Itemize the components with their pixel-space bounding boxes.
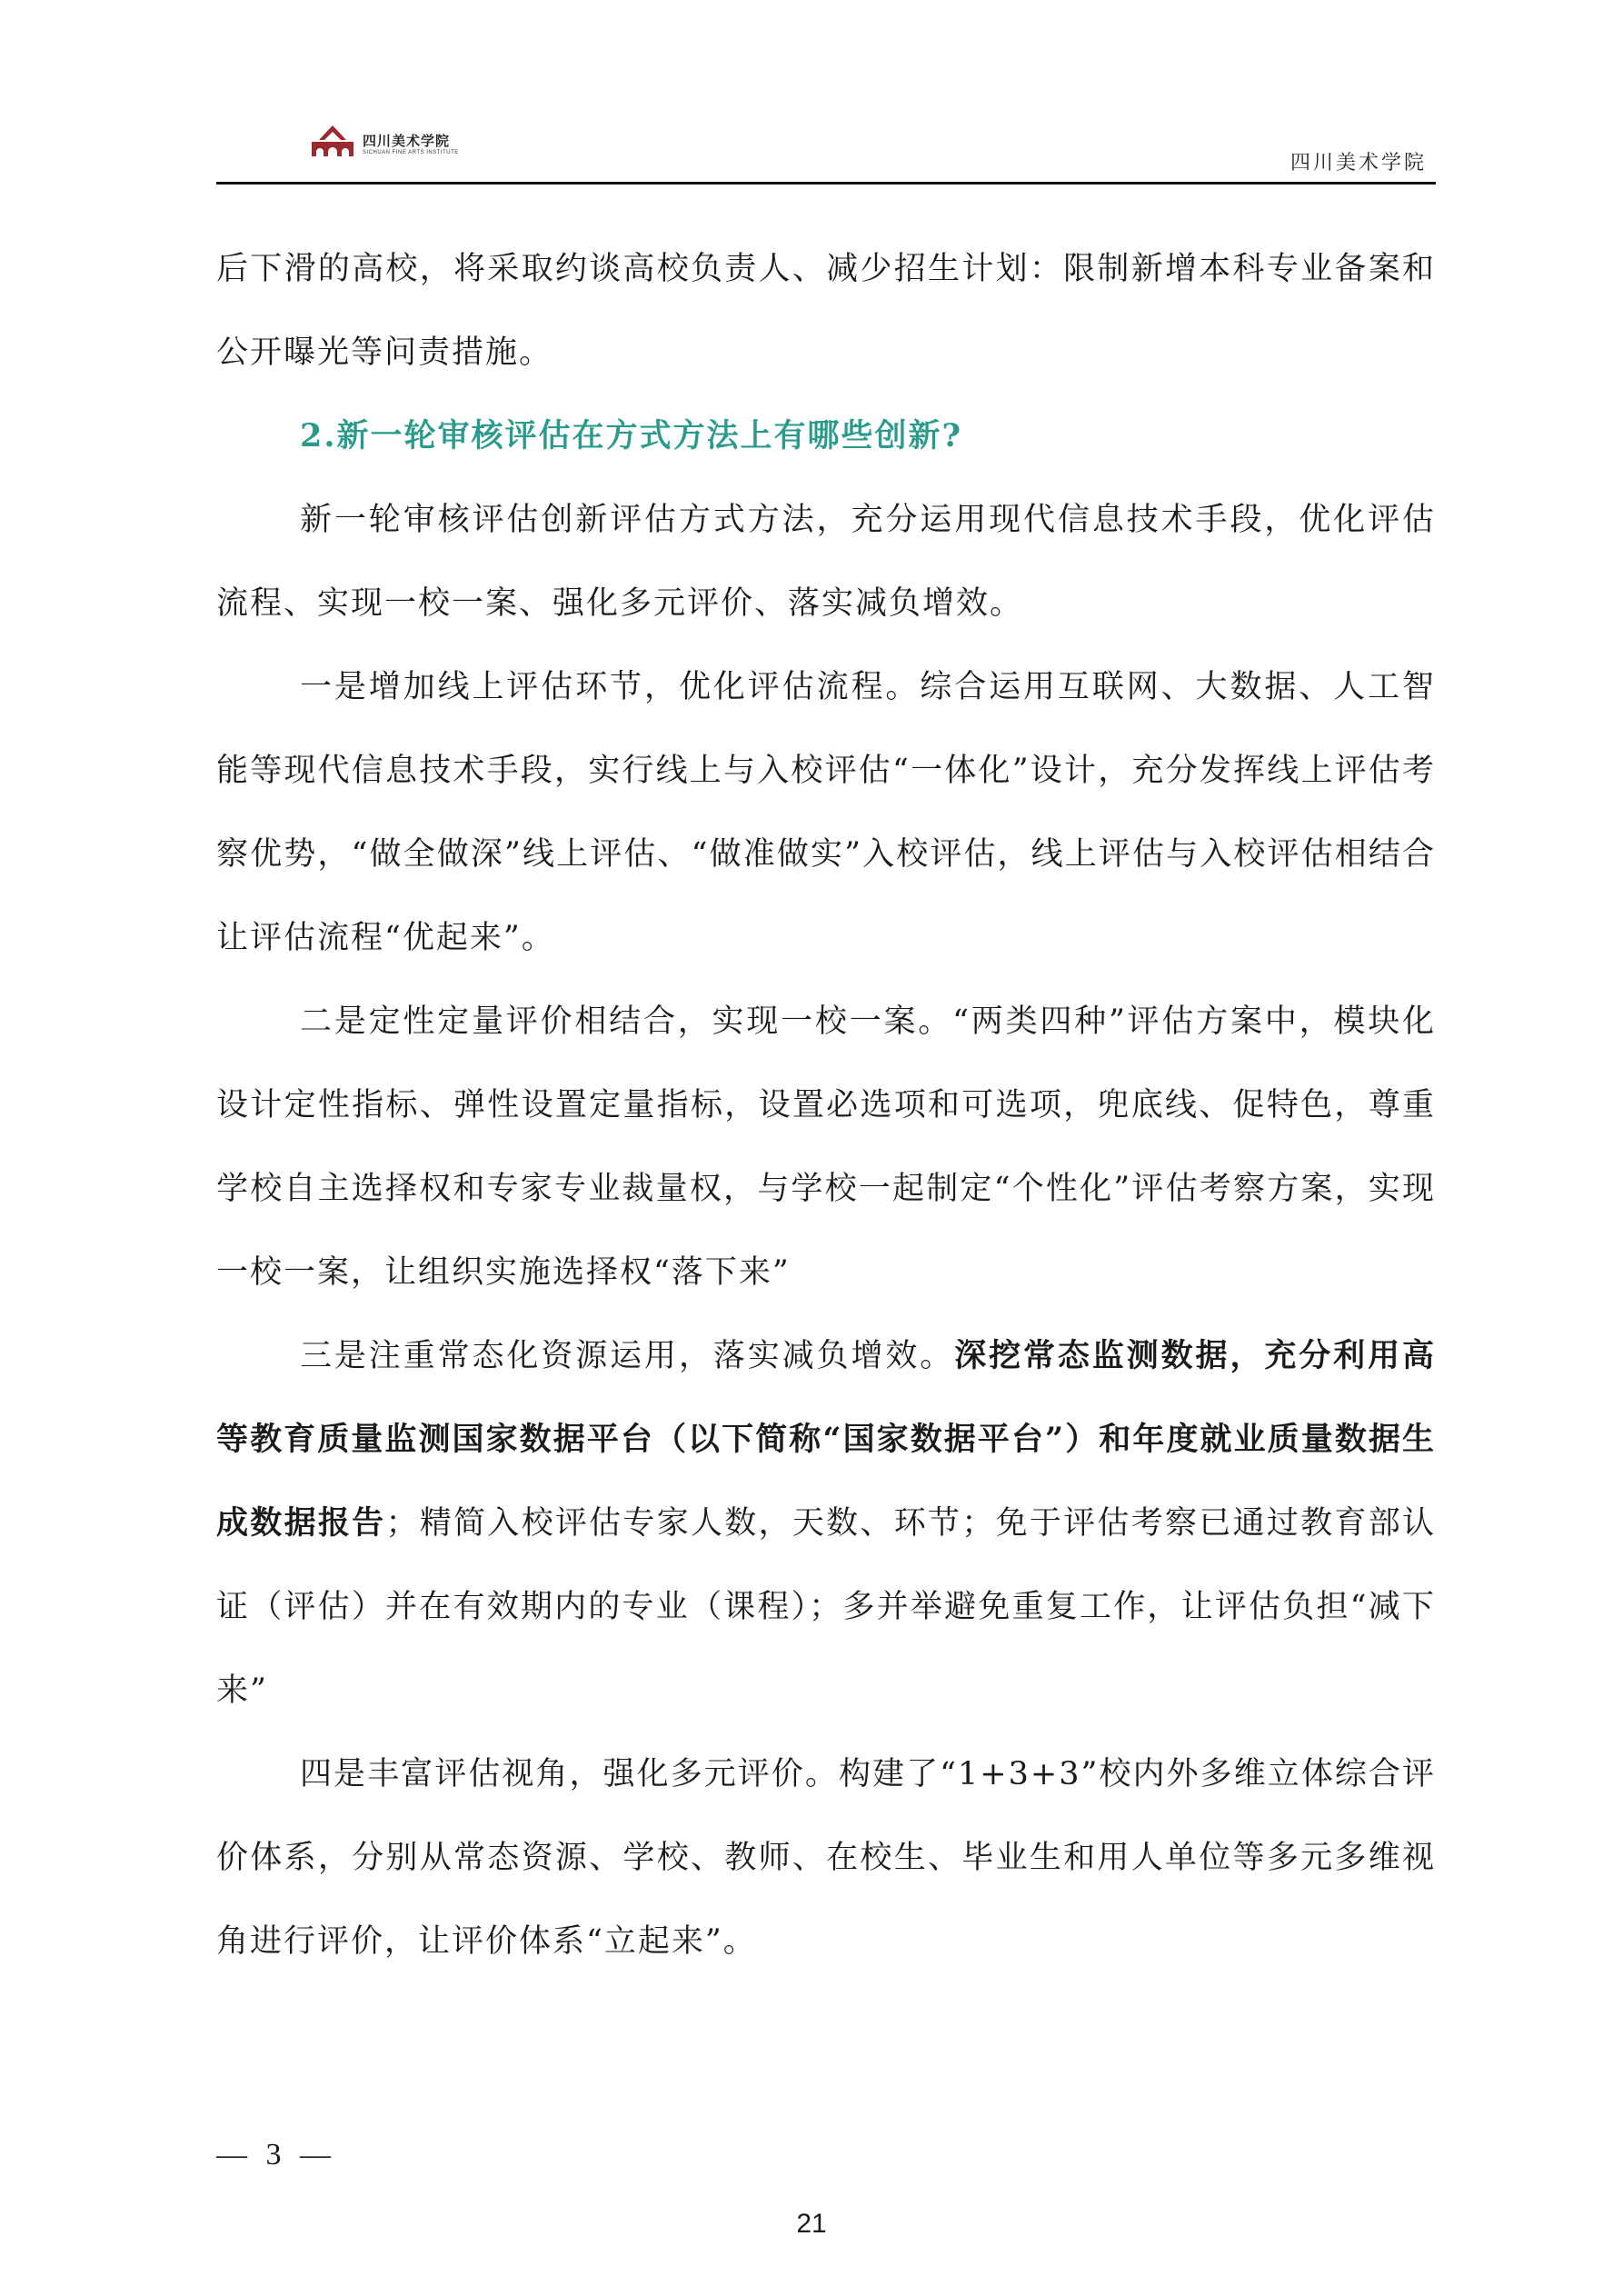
header-divider	[216, 182, 1436, 185]
document-body: 后下滑的高校，将采取约谈高校负责人、减少招生计划：限制新增本科专业备案和公开曝光…	[216, 227, 1436, 1983]
inner-page-mark: — 3 —	[216, 2138, 336, 2172]
point-three-lead: 三是注重常态化资源运用，落实减负增效。	[300, 1338, 954, 1374]
paragraph-point-one: 一是增加线上评估环节，优化评估流程。综合运用互联网、大数据、人工智能等现代信息技…	[216, 645, 1436, 980]
logo-english-name: SICHUAN FINE ARTS INSTITUTE	[363, 149, 459, 156]
page-header: 四川美术学院 SICHUAN FINE ARTS INSTITUTE 四川美术学…	[216, 109, 1436, 184]
paragraph-point-three: 三是注重常态化资源运用，落实减负增效。深挖常态监测数据，充分利用高等教育质量监测…	[216, 1314, 1436, 1732]
building-logo-icon	[310, 124, 355, 156]
paragraph-point-four: 四是丰富评估视角，强化多元评价。构建了“1+3+3”校内外多维立体综合评价体系，…	[216, 1732, 1436, 1983]
point-three-rest: ；精简入校评估专家人数，天数、环节；免于评估考察已通过教育部认证（评估）并在有效…	[216, 1505, 1436, 1709]
logo-chinese-name: 四川美术学院	[363, 133, 459, 149]
header-institute-title: 四川美术学院	[1290, 147, 1427, 175]
institute-logo: 四川美术学院 SICHUAN FINE ARTS INSTITUTE	[310, 124, 459, 156]
paragraph-intro: 新一轮审核评估创新评估方式方法，充分运用现代信息技术手段，优化评估流程、实现一校…	[216, 478, 1436, 645]
page-number: 21	[600, 2209, 1023, 2240]
paragraph-continued: 后下滑的高校，将采取约谈高校负责人、减少招生计划：限制新增本科专业备案和公开曝光…	[216, 227, 1436, 394]
paragraph-point-two: 二是定性定量评价相结合，实现一校一案。“两类四种”评估方案中，模块化设计定性指标…	[216, 980, 1436, 1314]
section-heading: 2.新一轮审核评估在方式方法上有哪些创新?	[216, 394, 1436, 478]
